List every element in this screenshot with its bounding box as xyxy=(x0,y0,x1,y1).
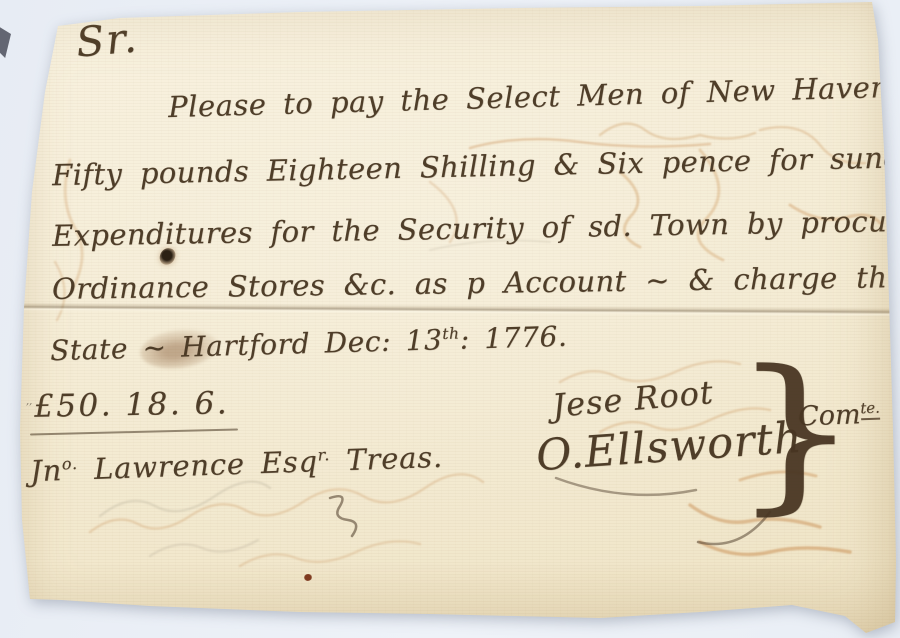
salutation: Sr. xyxy=(74,13,140,66)
payee-line: Jno. Lawrence Esqr. Treas. xyxy=(30,440,444,488)
committee-superscript: te. xyxy=(860,399,880,421)
paper-sheet: ,, Sr. Please to pay the Select Men of N… xyxy=(0,0,900,638)
amount-figures: £50. 18. 6. xyxy=(34,385,230,424)
payee-superscript-o: o. xyxy=(61,454,78,474)
payee-mid: Lawrence Esq xyxy=(77,444,318,486)
place-date-pre: State ~ Hartford Dec: 13 xyxy=(50,323,443,367)
place-date-post: : 1776. xyxy=(459,320,568,356)
line-amount-words: Fifty pounds Eighteen Shilling & Six pen… xyxy=(52,140,900,192)
line-pay-order: Please to pay the Select Men of New Have… xyxy=(168,70,890,124)
place-date-superscript: th xyxy=(442,324,460,342)
line-place-date: State ~ Hartford Dec: 13th: 1776. xyxy=(50,320,568,367)
scanned-document: ,, Sr. Please to pay the Select Men of N… xyxy=(0,0,900,638)
committee-pre: Com xyxy=(797,399,861,432)
committee-label: Comte. xyxy=(797,399,880,433)
payee-pre: Jn xyxy=(30,453,63,488)
payee-post: Treas. xyxy=(330,440,444,478)
paper-shadow-wrap: ,, Sr. Please to pay the Select Men of N… xyxy=(0,0,900,638)
line-stores: Ordinance Stores &c. as p Account ~ & ch… xyxy=(52,260,900,306)
payee-superscript-r: r. xyxy=(317,445,330,464)
wax-speck xyxy=(304,574,312,581)
line-purpose: Expenditures for the Security of sd. Tow… xyxy=(52,203,900,253)
committee-brace: } xyxy=(731,348,859,516)
amount-underline xyxy=(30,428,238,435)
signature-jesse-root: Jese Root xyxy=(551,373,715,425)
